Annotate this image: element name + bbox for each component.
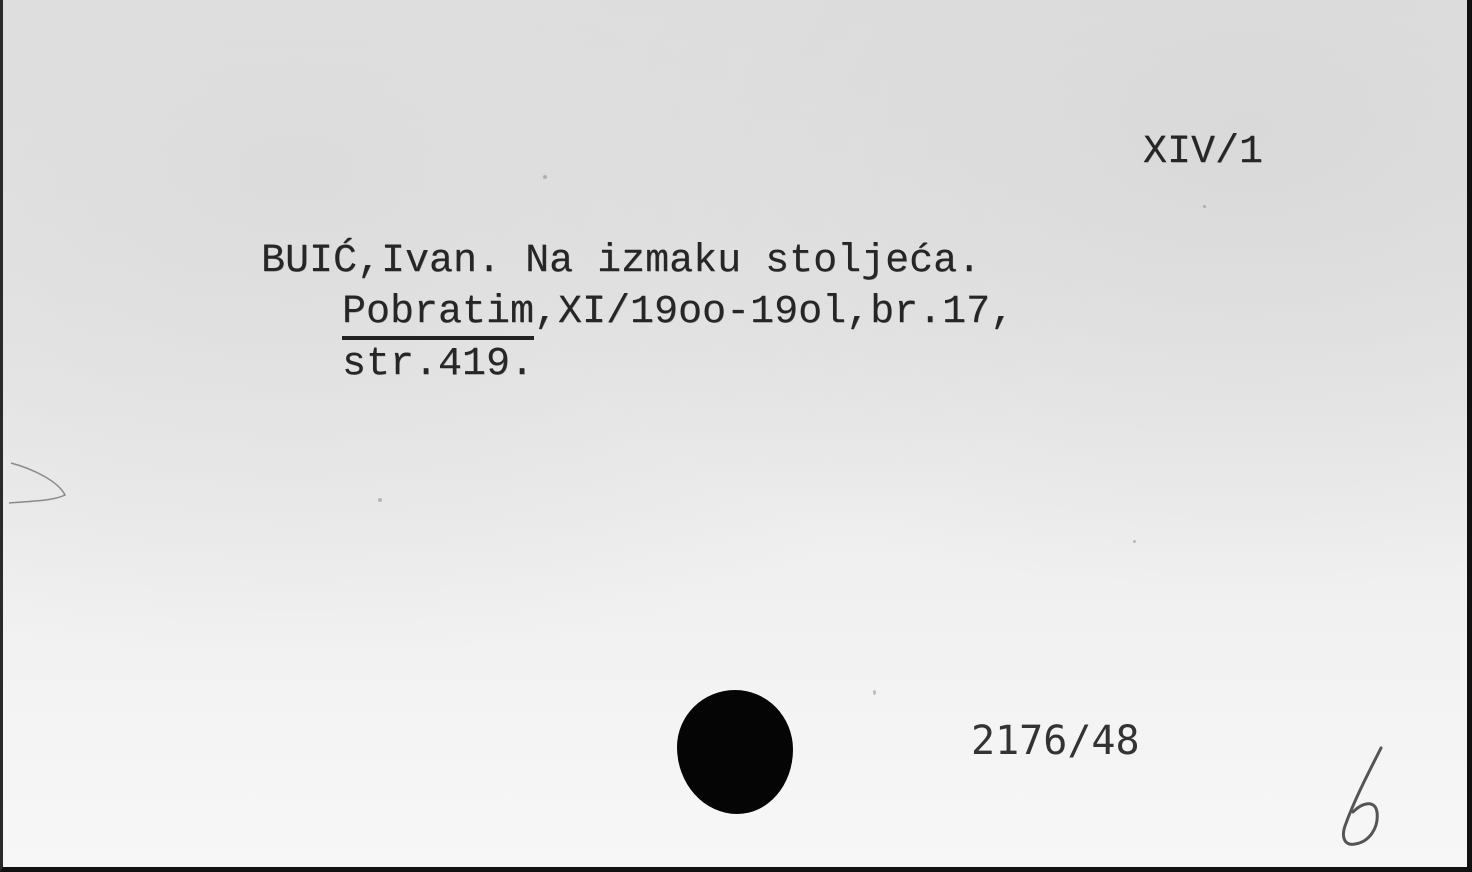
work-title: Na izmaku stoljeća. [525, 239, 981, 284]
accession-number: 2176/48 [971, 716, 1140, 766]
paper-speck [378, 498, 382, 502]
entry-line-pages: str.419. [342, 340, 534, 390]
paper-speck [873, 690, 876, 695]
paper-speck [1133, 540, 1136, 543]
entry-line-author-title: BUIĆ,Ivan. Na izmaku stoljeća. [261, 237, 981, 287]
call-number: XIV/1 [1143, 128, 1263, 178]
citation-details: ,XI/19oo-19ol,br.17, [534, 290, 1014, 335]
author-name: BUIĆ,Ivan. [261, 239, 501, 284]
handwritten-number-mark [1333, 740, 1423, 860]
entry-line-citation: Pobratim,XI/19oo-19ol,br.17, [342, 288, 1014, 338]
periodical-name: Pobratim [342, 290, 534, 340]
pencil-scribble-mark [3, 455, 83, 515]
paper-speck [543, 175, 547, 179]
paper-speck [1203, 205, 1206, 208]
catalog-card: XIV/1 BUIĆ,Ivan. Na izmaku stoljeća. Pob… [0, 0, 1472, 872]
punch-hole [677, 690, 793, 814]
